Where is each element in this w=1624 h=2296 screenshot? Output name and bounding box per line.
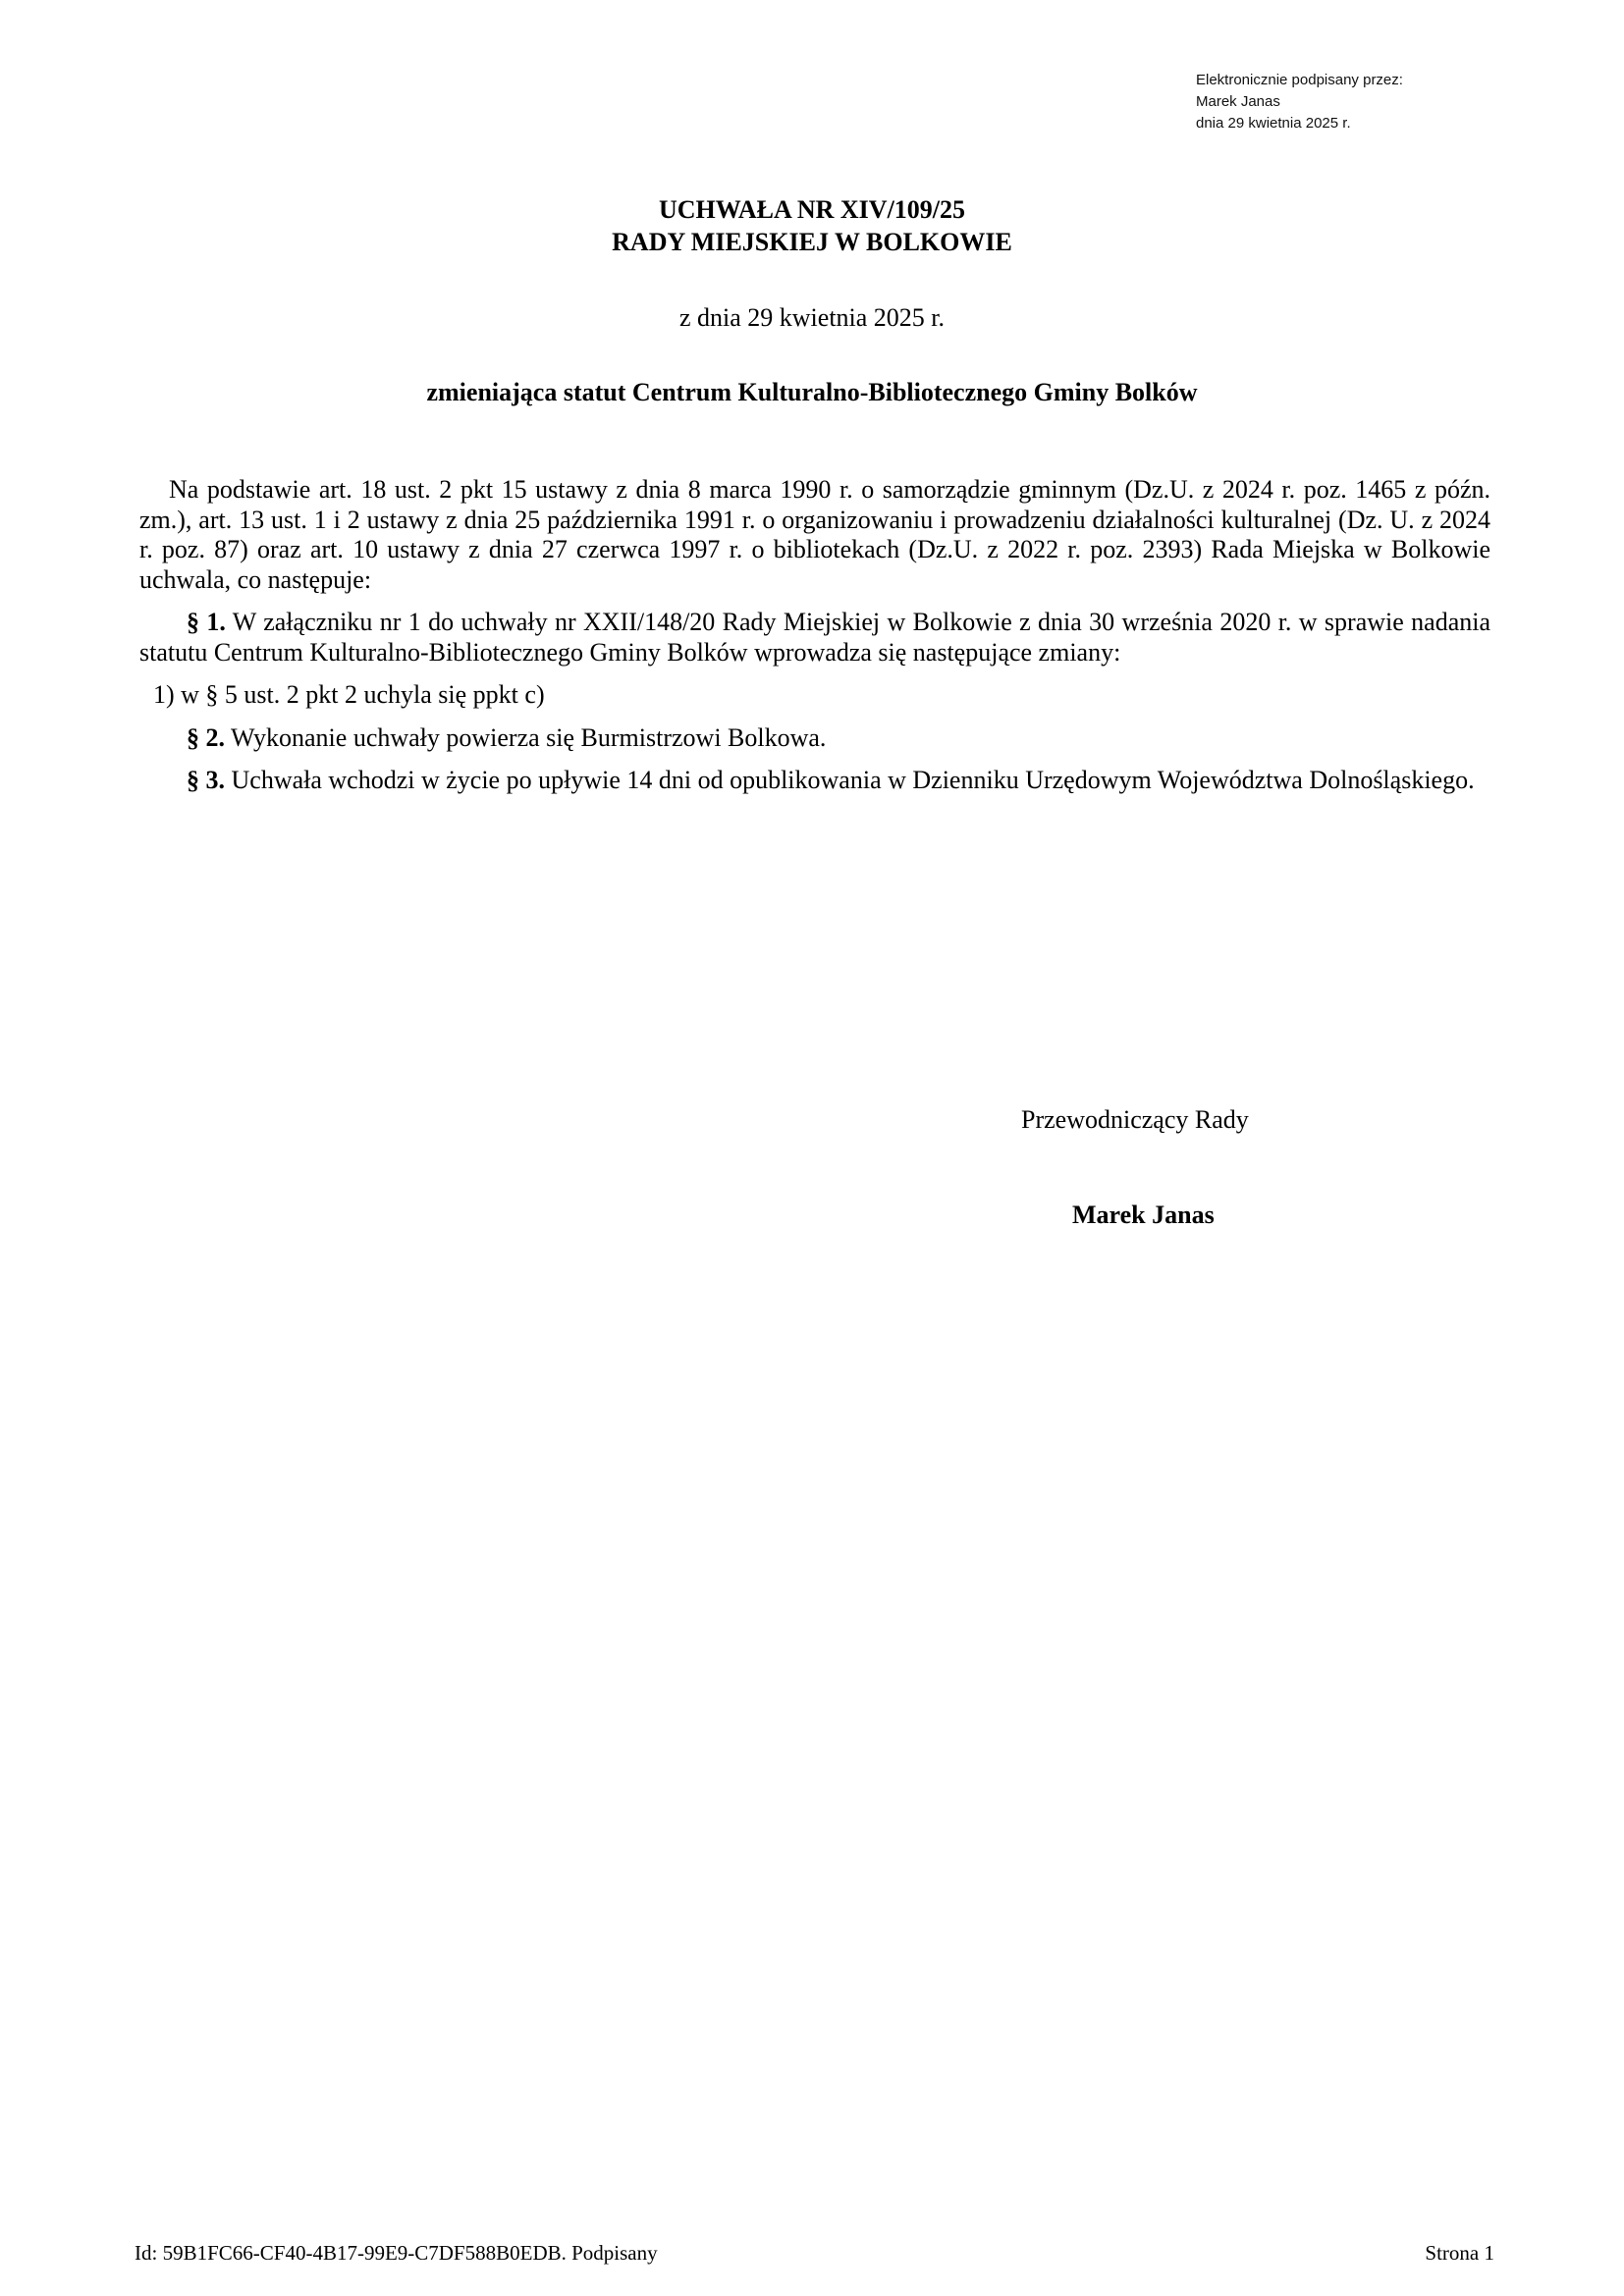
section-label: § 2.: [187, 723, 225, 752]
section-text: Wykonanie uchwały powierza się Burmistrz…: [231, 723, 826, 752]
signature-stamp-date: dnia 29 kwietnia 2025 r.: [1196, 113, 1403, 134]
section-1: § 1. W załączniku nr 1 do uchwały nr XXI…: [139, 608, 1490, 667]
resolution-number: UCHWAŁA NR XIV/109/25: [0, 193, 1624, 226]
preamble: Na podstawie art. 18 ust. 2 pkt 15 ustaw…: [139, 475, 1490, 595]
page-number: Strona 1: [1425, 2240, 1494, 2266]
signature-block: Przewodniczący Rady Marek Janas: [1021, 1104, 1335, 1231]
document-title: UCHWAŁA NR XIV/109/25 RADY MIEJSKIEJ W B…: [0, 193, 1624, 258]
section-text: W załączniku nr 1 do uchwały nr XXII/148…: [139, 608, 1490, 667]
section-label: § 1.: [187, 608, 226, 636]
signature-stamp-signer: Marek Janas: [1196, 91, 1403, 113]
signatory-name: Marek Janas: [1021, 1200, 1335, 1231]
council-name: RADY MIEJSKIEJ W BOLKOWIE: [0, 226, 1624, 258]
section-3: § 3. Uchwała wchodzi w życie po upływie …: [139, 766, 1490, 796]
page-footer: Id: 59B1FC66-CF40-4B17-99E9-C7DF588B0EDB…: [135, 2240, 1494, 2266]
section-2: § 2. Wykonanie uchwały powierza się Burm…: [139, 723, 1490, 754]
document-body: Na podstawie art. 18 ust. 2 pkt 15 ustaw…: [139, 475, 1490, 796]
section-text: Uchwała wchodzi w życie po upływie 14 dn…: [232, 766, 1475, 794]
signature-stamp-line: Elektronicznie podpisany przez:: [1196, 70, 1403, 91]
resolution-subject: zmieniająca statut Centrum Kulturalno-Bi…: [0, 377, 1624, 408]
signatory-role: Przewodniczący Rady: [1021, 1104, 1335, 1136]
resolution-date: z dnia 29 kwietnia 2025 r.: [0, 302, 1624, 334]
electronic-signature-stamp: Elektronicznie podpisany przez: Marek Ja…: [1196, 70, 1403, 134]
amendment-point: 1) w § 5 ust. 2 pkt 2 uchyla się ppkt c): [139, 680, 1490, 711]
section-label: § 3.: [187, 766, 225, 794]
document-id: Id: 59B1FC66-CF40-4B17-99E9-C7DF588B0EDB…: [135, 2240, 658, 2266]
